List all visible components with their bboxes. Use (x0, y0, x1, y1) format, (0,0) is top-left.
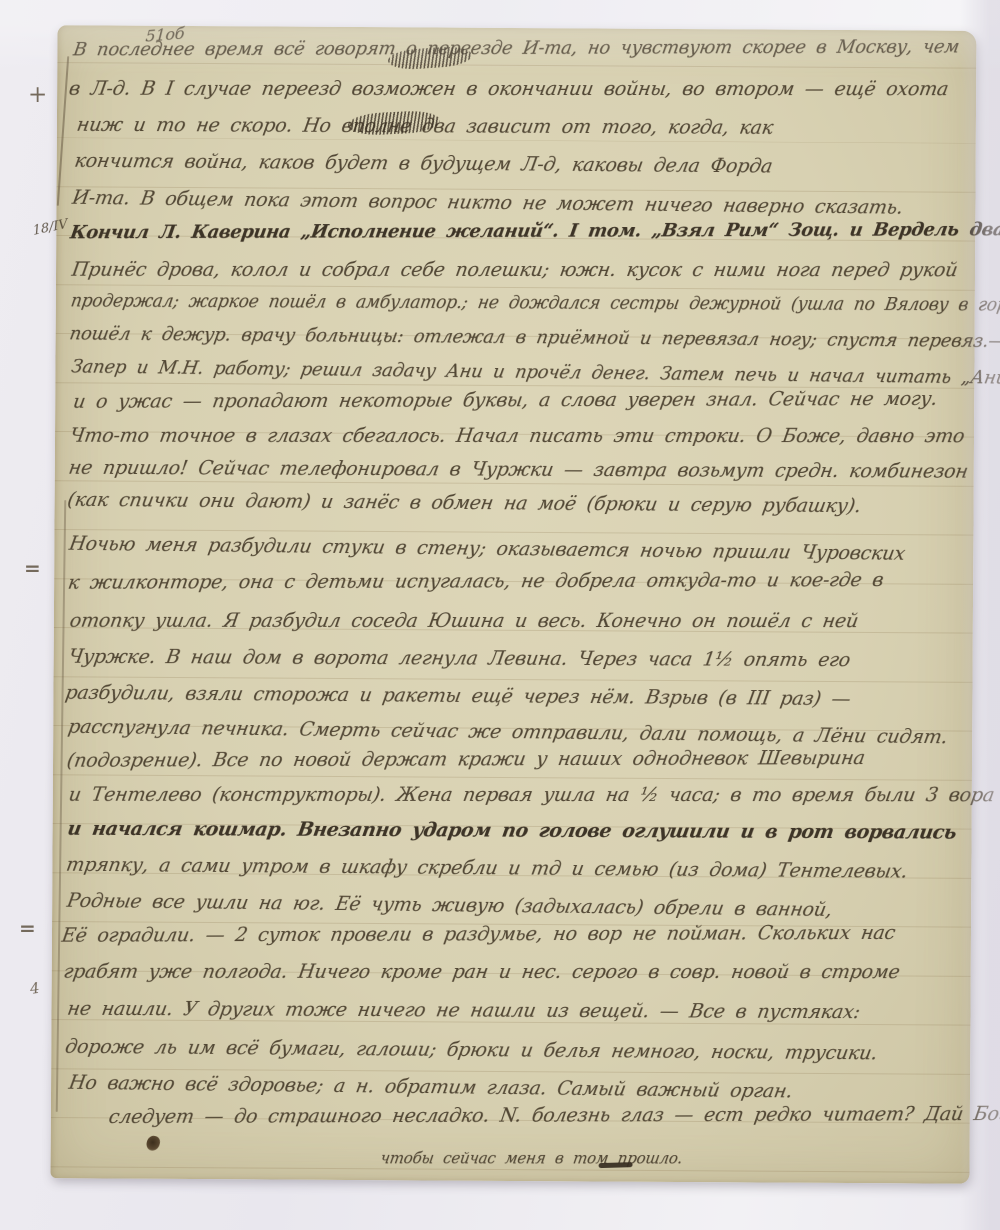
manuscript-line: отопку ушла. Я разбудил соседа Юшина и в… (68, 611, 859, 631)
manuscript-line: Её оградили. — 2 суток провели в раздумь… (60, 923, 896, 946)
photo-background: 51об В последнее время всё говорят о пер… (0, 0, 1000, 1230)
margin-mark-equals: = (24, 556, 41, 580)
margin-mark-plus: + (28, 82, 47, 108)
manuscript-line: продержал; жаркое пошёл в амбулатор.; не… (69, 293, 1000, 315)
manuscript-line: дороже ль им всё бумаги, галоши; брюки и… (64, 1037, 879, 1063)
manuscript-line: Но важно всё здоровье; а н. обратим глаз… (67, 1073, 794, 1101)
margin-mark-four: 4 (29, 979, 41, 998)
manuscript-line: в Л-д. В I случае переезд возможен в око… (68, 79, 950, 99)
margin-mark-equals-2: = (19, 916, 36, 940)
manuscript-line: и Тентелево (конструкторы). Жена первая … (67, 785, 995, 805)
manuscript-line: И-та. В общем пока этот вопрос никто не … (71, 188, 905, 218)
manuscript-line: не нашли. У других тоже ничего не нашли … (66, 999, 862, 1022)
ink-blot (145, 1135, 161, 1152)
manuscript-line: Запер и М.Н. работу; решил задачу Ани и … (70, 358, 1000, 388)
manuscript-line: (как спички они дают) и занёс в обмен на… (66, 490, 862, 516)
manuscript-line: следует — до страшного несладко. N. боле… (107, 1104, 1000, 1127)
manuscript-line: и начался кошмар. Внезапно ударом по гол… (66, 819, 958, 843)
manuscript-line: (подозрение). Все по новой держат кражи … (66, 748, 867, 770)
manuscript-line: Кончил Л. Каверина „Исполнение желаний“.… (69, 221, 1000, 243)
manuscript-line: Принёс дрова, колол и собрал себе полешк… (70, 260, 958, 280)
manuscript-line: кончится война, каков будет в будущем Л-… (73, 151, 774, 176)
closing-dash-stroke (599, 1162, 633, 1168)
manuscript-line: Что-то точное в глазах сбегалось. Начал … (68, 426, 965, 446)
manuscript-page: 51об В последнее время всё говорят о пер… (50, 25, 976, 1184)
manuscript-line: тряпку, а сами утром в шкафу скребли и т… (65, 855, 909, 882)
manuscript-line: пошёл к дежур. врачу больницы: отлежал в… (68, 325, 1000, 351)
manuscript-line: расспугнула печника. Смерть сейчас же от… (67, 717, 949, 747)
manuscript-line: к жилконторе, она с детьми испугалась, н… (67, 570, 885, 592)
manuscript-line: Ночью меня разбудили стуки в стену; оказ… (68, 534, 907, 564)
manuscript-line: Родные все ушли на юг. Её чуть живую (за… (65, 891, 833, 920)
manuscript-line: Чуржке. В наш дом в ворота легнула Левин… (67, 647, 852, 670)
handwriting-block: В последнее время всё говорят о переезде… (58, 25, 977, 31)
manuscript-line: чтобы сейчас меня в том прошло. (379, 1151, 683, 1167)
manuscript-line: В последнее время всё говорят о переезде… (72, 38, 961, 60)
manuscript-line: грабят уже полгода. Ничего кроме ран и н… (62, 962, 901, 982)
manuscript-line: не пришло! Сейчас телефонировал в Чуржки… (67, 458, 969, 482)
manuscript-line: и о ужас — пропадают некоторые буквы, а … (72, 389, 939, 412)
manuscript-line: разбудили, взяли сторожа и ракеты ещё че… (64, 683, 852, 709)
